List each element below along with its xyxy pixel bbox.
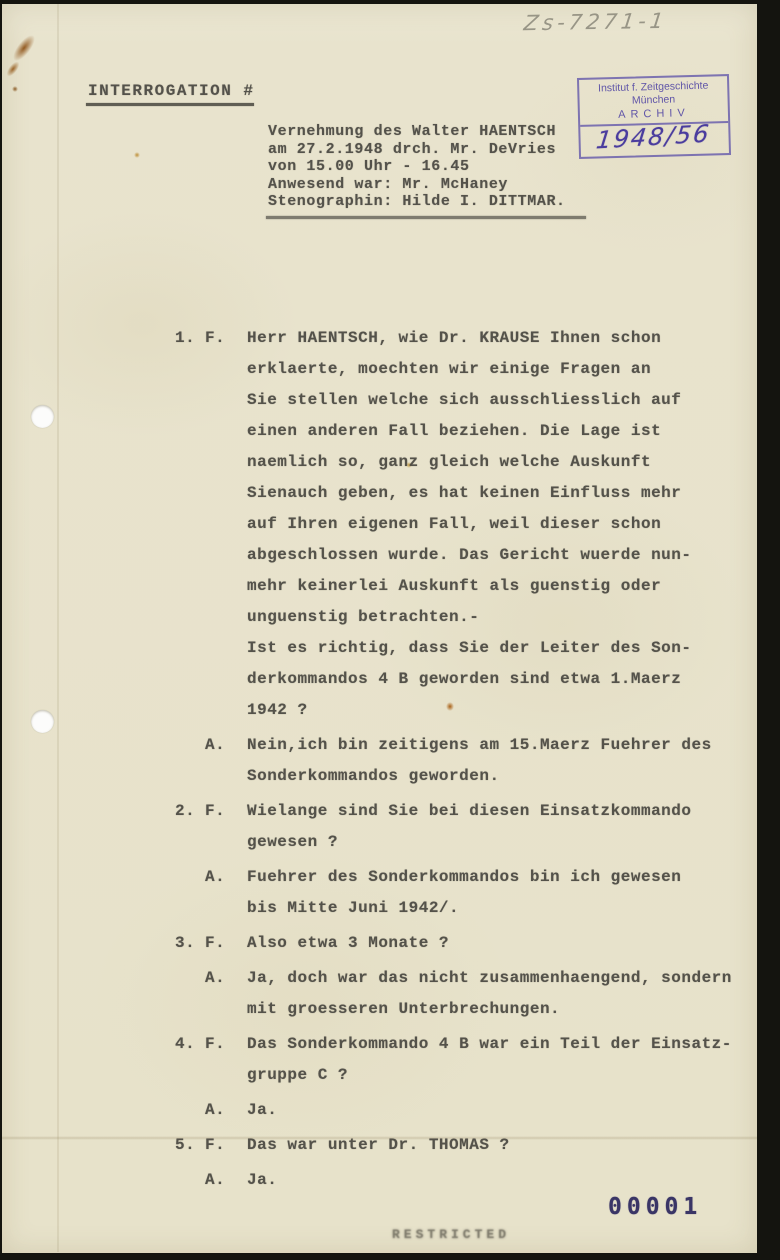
qa-number: 5. [175,1130,205,1161]
scanned-document-page: Zs-7271-1 INTERROGATION # Vernehmung des… [0,0,780,1260]
qa-line: Also etwa 3 Monate ? [247,928,755,959]
title-underline [86,103,254,106]
qa-number: 4. [175,1029,205,1091]
qa-text: Ja, doch war das nicht zusammenhaengend,… [247,963,755,1025]
qa-marker: A. [205,1095,247,1126]
qa-number: 1. [175,323,205,726]
qa-text: Das war unter Dr. THOMAS ? [247,1130,755,1161]
qa-question-item: 3.F.Also etwa 3 Monate ? [175,928,755,959]
qa-line: Das Sonderkommando 4 B war ein Teil der … [247,1029,755,1060]
qa-number [175,862,205,924]
qa-marker: A. [205,730,247,792]
qa-marker: F. [205,796,247,858]
qa-line: Ja, doch war das nicht zusammenhaengend,… [247,963,755,994]
qa-question-item: 1.F.Herr HAENTSCH, wie Dr. KRAUSE Ihnen … [175,323,755,726]
qa-answer-item: A.Fuehrer des Sonderkommandos bin ich ge… [175,862,755,924]
header-line-time: von 15.00 Uhr - 16.45 [268,158,566,176]
header-line-date: am 27.2.1948 drch. Mr. DeVries [268,141,566,159]
qa-line: gruppe C ? [247,1060,755,1091]
qa-number [175,1095,205,1126]
qa-line: Sie stellen welche sich ausschliesslich … [247,385,755,416]
punch-hole [31,710,54,733]
qa-answer-item: A.Ja. [175,1095,755,1126]
qa-line: unguenstig betrachten.- [247,602,755,633]
qa-line: mit groesseren Unterbrechungen. [247,994,755,1025]
qa-text: Das Sonderkommando 4 B war ein Teil der … [247,1029,755,1091]
qa-number: 3. [175,928,205,959]
qa-answer-item: A.Ja, doch war das nicht zusammenhaengen… [175,963,755,1025]
classification-marking: RESTRICTED [392,1227,510,1242]
header-underline [266,216,586,219]
punch-hole [31,405,54,428]
header-line-subject: Vernehmung des Walter HAENTSCH [268,123,566,141]
qa-line: 1942 ? [247,695,755,726]
qa-number: 2. [175,796,205,858]
qa-line: Nein,ich bin zeitigens am 15.Maerz Fuehr… [247,730,755,761]
qa-line: Herr HAENTSCH, wie Dr. KRAUSE Ihnen scho… [247,323,755,354]
qa-question-item: 2.F.Wielange sind Sie bei diesen Einsatz… [175,796,755,858]
qa-marker: F. [205,323,247,726]
qa-marker: A. [205,963,247,1025]
interrogation-header: Vernehmung des Walter HAENTSCH am 27.2.1… [268,123,566,211]
qa-text: Nein,ich bin zeitigens am 15.Maerz Fuehr… [247,730,755,792]
page-serial-stamp: 00001 [608,1194,702,1220]
pencil-archive-reference: Zs-7271-1 [523,9,669,36]
rust-stain [12,86,18,92]
qa-marker: A. [205,1165,247,1196]
qa-line: bis Mitte Juni 1942/. [247,893,755,924]
qa-question-item: 4.F.Das Sonderkommando 4 B war ein Teil … [175,1029,755,1091]
header-line-stenographer: Stenographin: Hilde I. DITTMAR. [268,193,566,211]
qa-line: einen anderen Fall beziehen. Die Lage is… [247,416,755,447]
qa-answer-item: A.Nein,ich bin zeitigens am 15.Maerz Fue… [175,730,755,792]
qa-line: naemlich so, ganz gleich welche Auskunft [247,447,755,478]
qa-marker: A. [205,862,247,924]
qa-line: Ist es richtig, dass Sie der Leiter des … [247,633,755,664]
qa-text: Also etwa 3 Monate ? [247,928,755,959]
qa-text: Fuehrer des Sonderkommandos bin ich gewe… [247,862,755,924]
qa-text: Ja. [247,1165,755,1196]
qa-number [175,1165,205,1196]
fold-crease-vertical [57,4,59,1252]
stamp-number-cell: 1948/56 [580,123,729,157]
qa-line: Sienauch geben, es hat keinen Einfluss m… [247,478,755,509]
stamp-handwritten-number: 1948/56 [595,120,712,155]
qa-number [175,730,205,792]
qa-line: Wielange sind Sie bei diesen Einsatzkomm… [247,796,755,827]
qa-line: Sonderkommandos geworden. [247,761,755,792]
header-line-present: Anwesend war: Mr. McHaney [268,176,566,194]
qa-line: mehr keinerlei Auskunft als guenstig ode… [247,571,755,602]
qa-answer-item: A.Ja. [175,1165,755,1196]
qa-line: Ja. [247,1095,755,1126]
qa-list: 1.F.Herr HAENTSCH, wie Dr. KRAUSE Ihnen … [175,323,755,1200]
qa-line: auf Ihren eigenen Fall, weil dieser scho… [247,509,755,540]
qa-text: Herr HAENTSCH, wie Dr. KRAUSE Ihnen scho… [247,323,755,726]
qa-text: Wielange sind Sie bei diesen Einsatzkomm… [247,796,755,858]
qa-line: Fuehrer des Sonderkommandos bin ich gewe… [247,862,755,893]
archive-stamp: Institut f. Zeitgeschichte München ARCHI… [577,74,731,159]
qa-question-item: 5.F.Das war unter Dr. THOMAS ? [175,1130,755,1161]
qa-line: Ja. [247,1165,755,1196]
qa-number [175,963,205,1025]
qa-text: Ja. [247,1095,755,1126]
qa-line: Das war unter Dr. THOMAS ? [247,1130,755,1161]
qa-marker: F. [205,1029,247,1091]
qa-line: erklaerte, moechten wir einige Fragen an [247,354,755,385]
qa-line: abgeschlossen wurde. Das Gericht wuerde … [247,540,755,571]
paper-speck [134,152,140,158]
qa-marker: F. [205,1130,247,1161]
qa-line: gewesen ? [247,827,755,858]
document-title: INTERROGATION # [88,82,255,100]
qa-line: derkommandos 4 B geworden sind etwa 1.Ma… [247,664,755,695]
qa-marker: F. [205,928,247,959]
